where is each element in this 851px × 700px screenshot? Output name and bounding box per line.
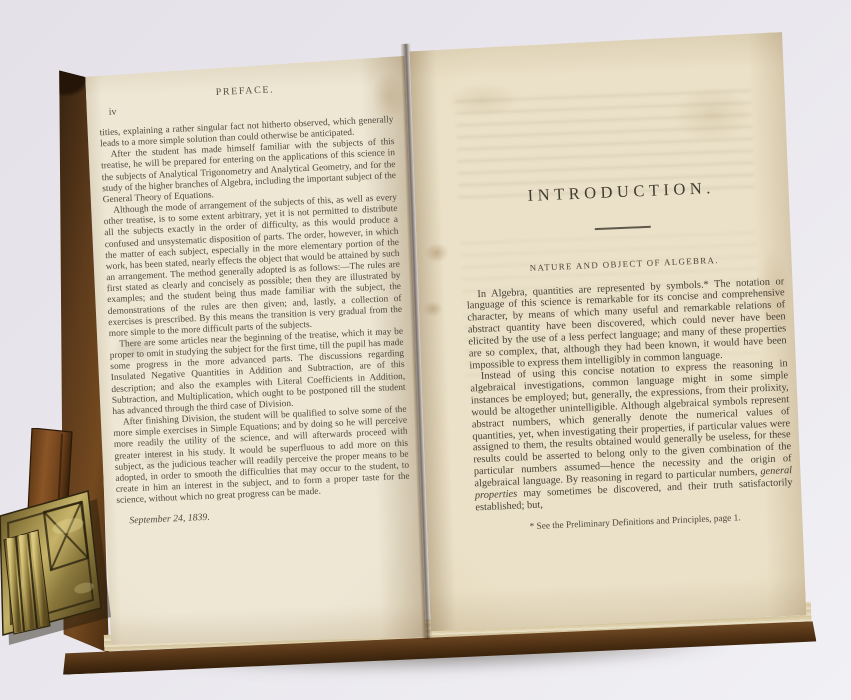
title-rule bbox=[595, 226, 651, 230]
brass-clasp bbox=[0, 428, 118, 646]
right-page: INTRODUCTION. NATURE AND OBJECT OF ALGEB… bbox=[409, 32, 806, 631]
footnote: * See the Preliminary Definitions and Pr… bbox=[476, 511, 794, 534]
page-number: iv bbox=[109, 107, 117, 118]
chapter-title: INTRODUCTION. bbox=[462, 175, 781, 208]
date-line: September 24, 1839. bbox=[129, 503, 411, 527]
preface-body: tities, explaining a rather singular fac… bbox=[99, 115, 410, 507]
introduction-content: INTRODUCTION. NATURE AND OBJECT OF ALGEB… bbox=[456, 31, 794, 533]
paragraph: Although the mode of arrangement of the … bbox=[103, 193, 403, 340]
section-heading: NATURE AND OBJECT OF ALGEBRA. bbox=[465, 252, 783, 275]
paragraph: In Algebra, quantities are represented b… bbox=[466, 276, 787, 372]
paragraph: Instead of using this concise notation t… bbox=[470, 359, 794, 514]
paragraph: After finishing Division, the student wi… bbox=[113, 405, 411, 507]
running-head: PREFACE. bbox=[98, 79, 392, 103]
left-page: iv PREFACE. tities, explaining a rather … bbox=[85, 56, 426, 649]
foxing-stain bbox=[425, 242, 450, 263]
foxing-stain bbox=[423, 301, 444, 318]
preface-content: iv PREFACE. tities, explaining a rather … bbox=[98, 79, 411, 527]
introduction-body: In Algebra, quantities are represented b… bbox=[466, 276, 793, 514]
book-photo: iv PREFACE. tities, explaining a rather … bbox=[0, 0, 851, 700]
paragraph: There are some articles near the beginni… bbox=[109, 327, 406, 418]
book: iv PREFACE. tities, explaining a rather … bbox=[40, 28, 850, 674]
